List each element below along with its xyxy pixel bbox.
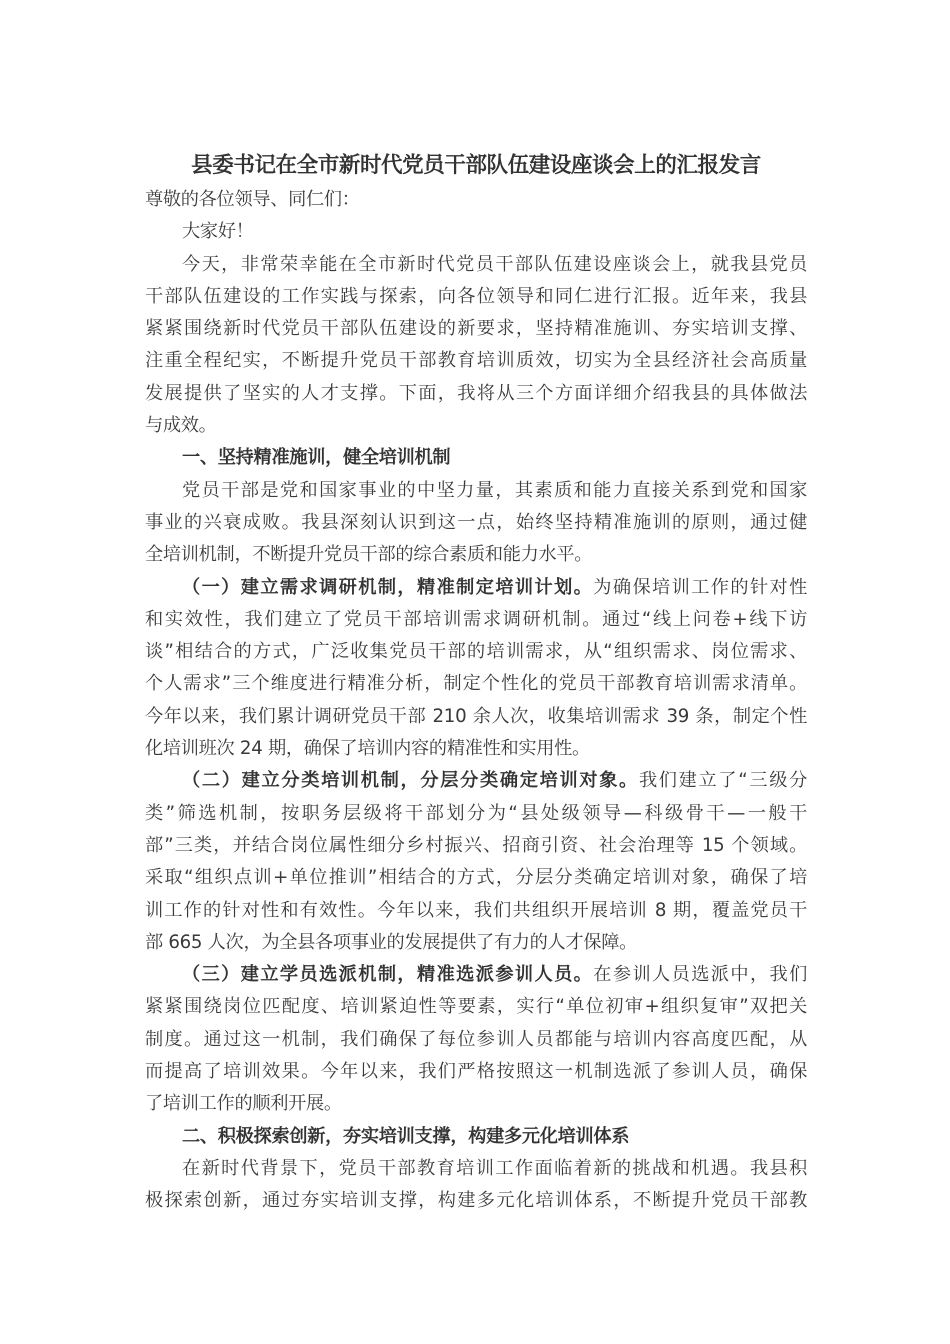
text-line: 全培训机制，不断提升党员干部的综合素质和能力水平。 (145, 539, 807, 571)
text-line: 在新时代背景下，党员干部教育培训工作面临着新的挑战和机遇。我县积 (145, 1153, 807, 1185)
subsection-2-lead: （二）建立分类培训机制，分层分类确定培训对象。 (182, 770, 639, 791)
subsection-1-paragraph: （一）建立需求调研机制，精准制定培训计划。为确保培训工作的针对性 和实效性，我们… (145, 572, 807, 766)
text-line: 紧紧围绕新时代党员干部队伍建设的新要求，坚持精准施训、夯实培训支撑、 (145, 313, 807, 345)
text-line: （三）建立学员选派机制，精准选派参训人员。在参训人员选派中，我们 (145, 959, 807, 991)
text-line: 了培训工作的顺利开展。 (145, 1088, 807, 1120)
text-line: 事业的兴衰成败。我县深刻认识到这一点，始终坚持精准施训的原则，通过健 (145, 507, 807, 539)
document-title: 县委书记在全市新时代党员干部队伍建设座谈会上的汇报发言 (135, 148, 817, 184)
document-page: 县委书记在全市新时代党员干部队伍建设座谈会上的汇报发言 尊敬的各位领导、同仁们：… (145, 148, 807, 1218)
subsection-3-paragraph: （三）建立学员选派机制，精准选派参训人员。在参训人员选派中，我们 紧紧围绕岗位匹… (145, 959, 807, 1120)
subsection-1-lead: （一）建立需求调研机制，精准制定培训计划。 (182, 577, 593, 598)
text-line: （一）建立需求调研机制，精准制定培训计划。为确保培训工作的针对性 (145, 572, 807, 604)
section-2-heading: 二、积极探索创新，夯实培训支撑，构建多元化培训体系 (145, 1121, 807, 1153)
intro-paragraph: 今天，非常荣幸能在全市新时代党员干部队伍建设座谈会上，就我县党员 干部队伍建设的… (145, 249, 807, 443)
text-line: 制度。通过这一机制，我们确保了每位参训人员都能与培训内容高度匹配，从 (145, 1024, 807, 1056)
section-1-heading: 一、坚持精准施训，健全培训机制 (145, 442, 807, 474)
section-1-intro-paragraph: 党员干部是党和国家事业的中坚力量，其素质和能力直接关系到党和国家 事业的兴衰成败… (145, 475, 807, 572)
greeting: 大家好！ (145, 216, 807, 248)
text-line: 与成效。 (145, 410, 807, 442)
text-line: 个人需求”三个维度进行精准分析，制定个性化的党员干部教育培训需求清单。 (145, 668, 807, 700)
section-2-intro-paragraph: 在新时代背景下，党员干部教育培训工作面临着新的挑战和机遇。我县积 极探索创新，通… (145, 1153, 807, 1218)
text-line: 发展提供了坚实的人才支撑。下面，我将从三个方面详细介绍我县的具体做法 (145, 378, 807, 410)
text-line: 部”三类，并结合岗位属性细分乡村振兴、招商引资、社会治理等 15 个领域。 (145, 830, 807, 862)
text-line: 和实效性，我们建立了党员干部培训需求调研机制。通过“线上问卷+线下访 (145, 604, 807, 636)
text-line: 今天，非常荣幸能在全市新时代党员干部队伍建设座谈会上，就我县党员 (145, 249, 807, 281)
text-line: 训工作的针对性和有效性。今年以来，我们共组织开展培训 8 期，覆盖党员干 (145, 895, 807, 927)
subsection-2-paragraph: （二）建立分类培训机制，分层分类确定培训对象。我们建立了“三级分 类”筛选机制，… (145, 765, 807, 959)
subsection-2-text: 我们建立了“三级分 (639, 770, 807, 791)
subsection-3-text: 在参训人员选派中，我们 (593, 964, 807, 985)
text-line: （二）建立分类培训机制，分层分类确定培训对象。我们建立了“三级分 (145, 765, 807, 797)
text-line: 而提高了培训效果。今年以来，我们严格按照这一机制选派了参训人员，确保 (145, 1056, 807, 1088)
subsection-3-lead: （三）建立学员选派机制，精准选派参训人员。 (182, 964, 593, 985)
text-line: 紧紧围绕岗位匹配度、培训紧迫性等要素，实行“单位初审+组织复审”双把关 (145, 991, 807, 1023)
salutation: 尊敬的各位领导、同仁们： (145, 184, 807, 216)
text-line: 类”筛选机制，按职务层级将干部划分为“县处级领导—科级骨干—一般干 (145, 798, 807, 830)
text-line: 干部队伍建设的工作实践与探索，向各位领导和同仁进行汇报。近年来，我县 (145, 281, 807, 313)
subsection-1-text: 为确保培训工作的针对性 (593, 577, 807, 598)
text-line: 谈”相结合的方式，广泛收集党员干部的培训需求，从“组织需求、岗位需求、 (145, 636, 807, 668)
text-line: 化培训班次 24 期，确保了培训内容的精准性和实用性。 (145, 733, 807, 765)
text-line: 部 665 人次，为全县各项事业的发展提供了有力的人才保障。 (145, 927, 807, 959)
text-line: 采取“组织点训+单位推训”相结合的方式，分层分类确定培训对象，确保了培 (145, 862, 807, 894)
text-line: 注重全程纪实，不断提升党员干部教育培训质效，切实为全县经济社会高质量 (145, 345, 807, 377)
text-line: 党员干部是党和国家事业的中坚力量，其素质和能力直接关系到党和国家 (145, 475, 807, 507)
text-line: 极探索创新，通过夯实培训支撑，构建多元化培训体系，不断提升党员干部教 (145, 1185, 807, 1217)
text-line: 今年以来，我们累计调研党员干部 210 余人次，收集培训需求 39 条，制定个性 (145, 701, 807, 733)
